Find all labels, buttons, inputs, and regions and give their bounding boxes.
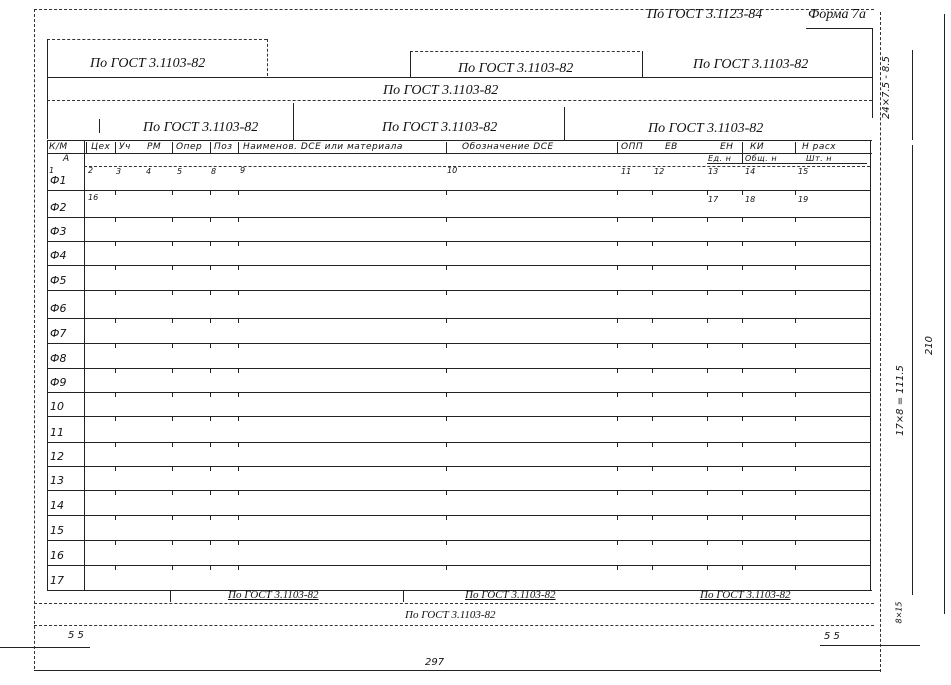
column-tick [238,540,239,545]
subheader-line [707,163,867,164]
tb-ref-row-left: По ГОСТ 3.1103-82 [143,120,258,136]
field-num: 13 [708,167,718,176]
column-tick [172,442,173,447]
col-sep [210,142,211,153]
column-tick [115,368,116,373]
column-tick [210,318,211,323]
column-tick [210,540,211,545]
footer-ref-right: По ГОСТ 3.1103-82 [700,589,791,601]
column-tick [115,318,116,323]
column-tick [238,490,239,495]
column-tick [742,416,743,421]
column-tick [446,490,447,495]
column-tick [795,442,796,447]
column-tick [652,368,653,373]
column-tick [617,190,618,195]
col-name: Наименов. DCE или материала [243,142,403,152]
tb-box-left-right [267,39,268,76]
column-tick [210,565,211,570]
field-num: 3 [116,167,121,176]
column-tick [446,392,447,397]
column-tick [652,392,653,397]
column-tick [617,565,618,570]
column-tick [795,466,796,471]
column-tick [795,515,796,520]
field-num: 11 [621,167,631,176]
row-divider [47,368,870,369]
column-tick [115,416,116,421]
column-tick [115,190,116,195]
row-divider [47,442,870,443]
col-uch: Уч [119,142,131,152]
column-tick [742,540,743,545]
column-tick [115,265,116,270]
column-tick [652,343,653,348]
field-num: 18 [745,195,755,204]
column-tick [652,416,653,421]
column-tick [617,241,618,246]
column-tick [172,540,173,545]
col-poz: Поз [214,142,233,152]
column-tick [707,490,708,495]
column-tick [617,540,618,545]
tb-row-div-3 [564,107,565,140]
column-tick [115,515,116,520]
column-tick [172,392,173,397]
col-n-rash-sub: Шт. н [806,154,832,163]
column-tick [652,490,653,495]
column-tick [652,241,653,246]
column-tick [707,392,708,397]
column-tick [617,416,618,421]
field-num: 9 [240,166,245,175]
column-tick [115,217,116,222]
sheet-left-border [34,9,35,669]
col-rm: РМ [147,142,161,152]
column-tick [238,217,239,222]
row-divider [47,565,870,566]
col-designation: Обозначение DCE [462,142,554,152]
column-tick [795,241,796,246]
table-left [47,140,48,590]
tb-box-mid-top [410,51,640,52]
column-tick [446,540,447,545]
tb-line-1 [47,77,872,78]
column-tick [446,265,447,270]
header-right-edge [872,28,873,118]
column-tick [652,318,653,323]
column-tick [238,466,239,471]
tb-ref-row-right: По ГОСТ 3.1103-82 [648,121,763,137]
col-en: ЕН [720,142,733,152]
dim-footer-height: 8×15 [894,602,903,624]
standard-reference: По ГОСТ 3.1123-84 [647,7,762,23]
column-tick [172,190,173,195]
column-tick [742,490,743,495]
field-num: 10 [447,166,457,175]
column-tick [707,190,708,195]
dim-right-margin: 5 5 [824,631,840,642]
column-tick [238,318,239,323]
tb-box-left-top [47,39,267,40]
column-tick [238,241,239,246]
column-tick [617,318,618,323]
column-tick [172,343,173,348]
column-tick [210,265,211,270]
column-tick [172,241,173,246]
column-tick [446,565,447,570]
column-tick [115,466,116,471]
column-tick [238,190,239,195]
dim-line-right [820,645,920,646]
column-tick [707,442,708,447]
row-label: 10 [50,400,84,413]
column-tick [652,217,653,222]
tb-box-left-side [47,39,48,139]
column-tick [446,466,447,471]
row-divider [47,416,870,417]
column-tick [707,416,708,421]
column-tick [707,217,708,222]
footer-ref-middle: По ГОСТ 3.1103-82 [465,589,556,601]
col-km: К/М [49,142,68,152]
column-tick [742,290,743,295]
row-label: Ф7 [50,327,84,340]
column-tick [172,515,173,520]
column-tick [742,442,743,447]
column-tick [707,265,708,270]
field-num: 14 [745,167,755,176]
column-tick [617,368,618,373]
tb-box-mid-left [410,51,411,77]
footer-line-2 [34,603,874,604]
column-tick [446,442,447,447]
row-label: 16 [50,549,84,562]
column-tick [742,368,743,373]
column-tick [742,241,743,246]
tb-row-div-2 [293,103,294,140]
col-en-sub: Ед. н [708,154,731,163]
form-label: Форма 7а [808,7,866,23]
column-tick [210,190,211,195]
row-label: 15 [50,524,84,537]
column-tick [115,565,116,570]
row-label: Ф4 [50,249,84,262]
column-tick [617,343,618,348]
col-ki: КИ [750,142,764,152]
row-divider [47,318,870,319]
col-sep [446,142,447,153]
column-tick [652,540,653,545]
row-label: Ф2 [50,201,84,214]
row-label: Ф9 [50,376,84,389]
column-tick [115,343,116,348]
column-tick [172,416,173,421]
column-tick [795,290,796,295]
col-oper: Опер [176,142,202,152]
column-tick [617,265,618,270]
column-tick [795,368,796,373]
column-tick [238,416,239,421]
column-tick [652,466,653,471]
tb-ref-top-right: По ГОСТ 3.1103-82 [693,57,808,73]
column-tick [707,466,708,471]
column-tick [742,217,743,222]
column-tick [707,540,708,545]
column-tick [446,343,447,348]
row-label: 14 [50,499,84,512]
column-tick [210,416,211,421]
col-sep [86,142,87,153]
col-ki-sub: Общ. н [745,154,777,163]
row-divider [47,290,870,291]
column-tick [115,490,116,495]
column-tick [617,515,618,520]
col-sep [795,142,796,153]
tb-ref-full-width: По ГОСТ 3.1103-82 [383,83,498,99]
column-tick [172,466,173,471]
row-divider [47,490,870,491]
row-label: Ф8 [50,352,84,365]
row-divider [47,343,870,344]
column-tick [115,241,116,246]
table-top [47,140,872,141]
column-tick [652,265,653,270]
row-label: Ф1 [50,174,84,187]
tb-ref-top-middle: По ГОСТ 3.1103-82 [458,61,573,77]
row-label: 11 [50,426,84,439]
column-tick [210,490,211,495]
dim-width-total: 297 [425,657,444,668]
column-tick [617,442,618,447]
dim-line-left [0,647,90,648]
column-tick [707,343,708,348]
column-tick [617,217,618,222]
column-tick [210,515,211,520]
column-tick [238,265,239,270]
col-sep [115,142,116,153]
column-tick [707,368,708,373]
dim-line-rows [912,145,913,595]
column-tick [707,318,708,323]
column-tick [210,343,211,348]
tb-row-div-1 [99,119,100,133]
column-tick [172,217,173,222]
col-tsekh: Цех [91,142,110,152]
column-tick [652,515,653,520]
row-divider [47,466,870,467]
column-tick [172,565,173,570]
column-tick [238,368,239,373]
column-tick [446,416,447,421]
row-divider [47,540,870,541]
row-divider [47,392,870,393]
column-tick [446,515,447,520]
footer-div-2 [403,590,404,602]
column-tick [446,318,447,323]
column-tick [652,190,653,195]
column-tick [795,490,796,495]
field-num: 15 [798,167,808,176]
tb-line-2 [47,100,872,101]
column-tick [617,490,618,495]
field-num: 4 [146,167,151,176]
col-km-sub: А [63,154,70,164]
dim-left-margin: 5 5 [68,630,84,641]
column-tick [742,343,743,348]
column-tick [446,368,447,373]
dim-height-total: 210 [924,336,935,355]
column-tick [742,318,743,323]
column-tick [210,217,211,222]
column-tick [742,190,743,195]
column-tick [617,466,618,471]
column-tick [795,540,796,545]
col-n-rash: Н расх [802,142,836,152]
column-tick [115,290,116,295]
row-label: Ф5 [50,274,84,287]
column-tick [446,190,447,195]
column-tick [172,368,173,373]
field-num: 17 [708,195,718,204]
dim-row-height: 17×8 = 111.5 [895,365,906,436]
row-divider [47,241,870,242]
row-label: 17 [50,574,84,587]
dim-line-height [944,14,945,614]
column-tick [795,190,796,195]
column-tick [172,265,173,270]
tb-ref-top-left: По ГОСТ 3.1103-82 [90,56,205,72]
column-tick [795,217,796,222]
column-tick [172,318,173,323]
column-tick [446,217,447,222]
col-sep [172,142,173,153]
column-tick [795,265,796,270]
column-tick [238,442,239,447]
column-tick [795,416,796,421]
column-tick [707,565,708,570]
column-tick [210,290,211,295]
field-num: 8 [211,167,216,176]
column-tick [742,466,743,471]
column-tick [172,490,173,495]
column-tick [617,392,618,397]
column-tick [707,290,708,295]
footer-line-3 [34,625,874,626]
column-tick [795,392,796,397]
col-sep [617,142,618,153]
row-label: 13 [50,474,84,487]
column-tick [210,466,211,471]
row-divider [47,190,870,191]
column-tick [742,565,743,570]
column-tick [795,343,796,348]
row-label: Ф6 [50,302,84,315]
table-right [870,140,871,590]
dim-line-header [912,50,913,140]
form-label-underline [806,28,873,29]
column-tick [115,540,116,545]
column-tick [172,290,173,295]
column-tick [617,290,618,295]
row-label: Ф3 [50,225,84,238]
column-tick [795,565,796,570]
column-tick [652,442,653,447]
column-tick [210,392,211,397]
column-tick [742,515,743,520]
column-tick [446,290,447,295]
row-divider [47,515,870,516]
footer-div-1 [170,590,171,602]
field-num: 16 [88,193,98,202]
column-tick [652,290,653,295]
col-opp: ОПП [621,142,643,152]
dim-header-height: 24×7.5 - 8.5 [881,56,892,119]
col-sep [238,142,239,153]
row-divider [47,217,870,218]
footer-ref-bottom: По ГОСТ 3.1103-82 [405,609,496,621]
column-tick [742,265,743,270]
column-tick [446,241,447,246]
row-label: 12 [50,450,84,463]
row-divider [47,265,870,266]
column-tick [238,565,239,570]
table-col-a-sep [84,140,85,590]
column-tick [238,343,239,348]
column-tick [210,442,211,447]
field-num: 2 [88,166,93,175]
tb-box-mid-right [642,51,643,77]
field-num: 19 [798,195,808,204]
column-tick [115,442,116,447]
column-tick [210,241,211,246]
column-tick [795,318,796,323]
column-tick [238,392,239,397]
field-num: 12 [654,167,664,176]
col-sep [742,142,743,164]
field-num: 5 [177,167,182,176]
footer-ref-left: По ГОСТ 3.1103-82 [228,589,319,601]
column-tick [238,290,239,295]
col-ev: ЕВ [665,142,678,152]
column-tick [210,368,211,373]
column-tick [652,565,653,570]
dim-line-width [34,670,880,671]
column-tick [707,241,708,246]
tb-ref-row-middle: По ГОСТ 3.1103-82 [382,120,497,136]
column-tick [115,392,116,397]
column-tick [707,515,708,520]
column-tick [742,392,743,397]
column-tick [238,515,239,520]
